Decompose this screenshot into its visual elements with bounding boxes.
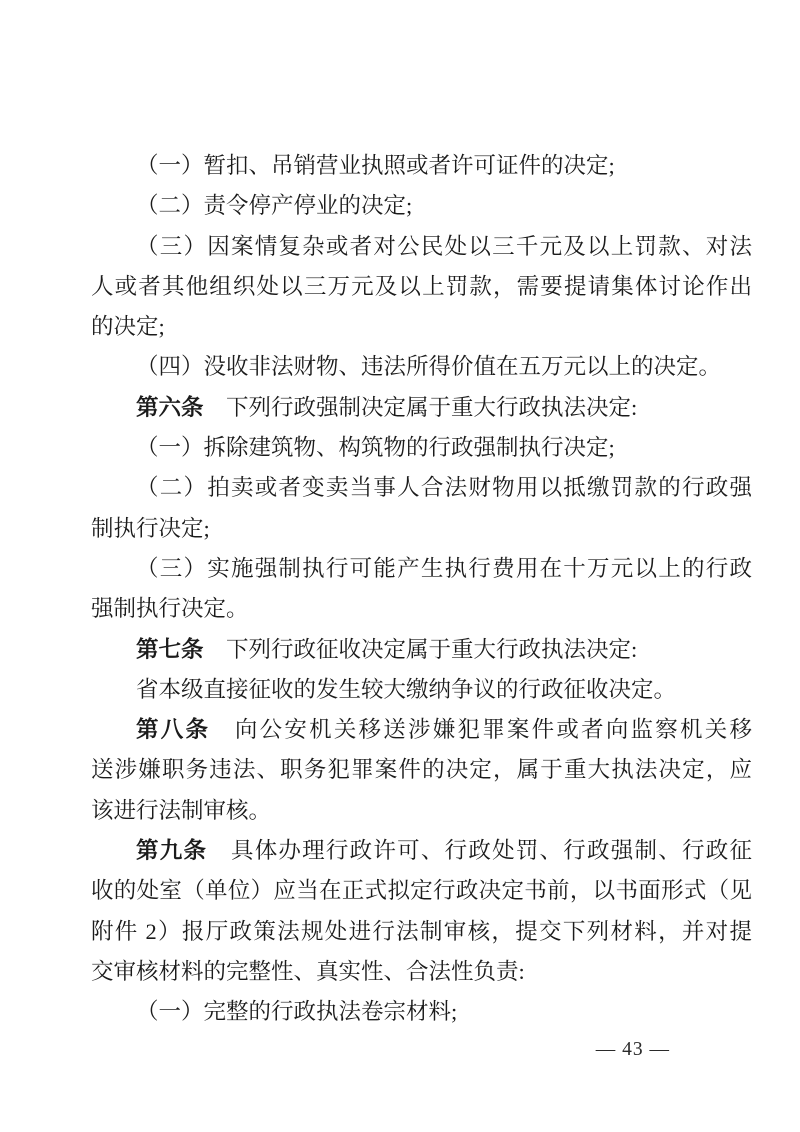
text-line: 送涉嫌职务违法、职务犯罪案件的决定，属于重大执法决定，应: [91, 750, 752, 790]
text-line: （二）拍卖或者变卖当事人合法财物用以抵缴罚款的行政强: [91, 468, 752, 508]
text-line: 人或者其他组织处以三万元及以上罚款，需要提请集体讨论作出: [91, 267, 752, 307]
text-line: 省本级直接征收的发生较大缴纳争议的行政征收决定。: [91, 670, 752, 710]
text-line: 的决定;: [91, 307, 752, 347]
text-line: （一）暂扣、吊销营业执照或者许可证件的决定;: [91, 146, 752, 186]
text-line: 第六条 下列行政强制决定属于重大行政执法决定:: [91, 388, 752, 428]
page-number: — 43 —: [596, 1037, 670, 1063]
article-number: 第七条: [136, 637, 204, 662]
article-number: 第八条: [136, 717, 210, 742]
text-line: （一）拆除建筑物、构筑物的行政强制执行决定;: [91, 428, 752, 468]
text-line: 收的处室（单位）应当在正式拟定行政决定书前，以书面形式（见: [91, 871, 752, 911]
text-line: （三）因案情复杂或者对公民处以三千元及以上罚款、对法: [91, 227, 752, 267]
text-line: 第八条 向公安机关移送涉嫌犯罪案件或者向监察机关移: [91, 710, 752, 750]
text-line: 该进行法制审核。: [91, 791, 752, 831]
document-page: （一）暂扣、吊销营业执照或者许可证件的决定;（二）责令停产停业的决定;（三）因案…: [0, 0, 800, 1132]
text-line: 附件 2）报厅政策法规处进行法制审核，提交下列材料，并对提: [91, 912, 752, 952]
article-number: 第六条: [136, 395, 204, 420]
text-line: （四）没收非法财物、违法所得价值在五万元以上的决定。: [91, 347, 752, 387]
document-body: （一）暂扣、吊销营业执照或者许可证件的决定;（二）责令停产停业的决定;（三）因案…: [91, 146, 752, 1033]
text-line: （三）实施强制执行可能产生执行费用在十万元以上的行政: [91, 549, 752, 589]
article-number: 第九条: [136, 838, 207, 863]
text-line: 第七条 下列行政征收决定属于重大行政执法决定:: [91, 630, 752, 670]
text-line: 第九条 具体办理行政许可、行政处罚、行政强制、行政征: [91, 831, 752, 871]
text-line: 制执行决定;: [91, 509, 752, 549]
text-line: 交审核材料的完整性、真实性、合法性负责:: [91, 952, 752, 992]
text-line: （一）完整的行政执法卷宗材料;: [91, 992, 752, 1032]
text-line: 强制执行决定。: [91, 589, 752, 629]
text-line: （二）责令停产停业的决定;: [91, 186, 752, 226]
